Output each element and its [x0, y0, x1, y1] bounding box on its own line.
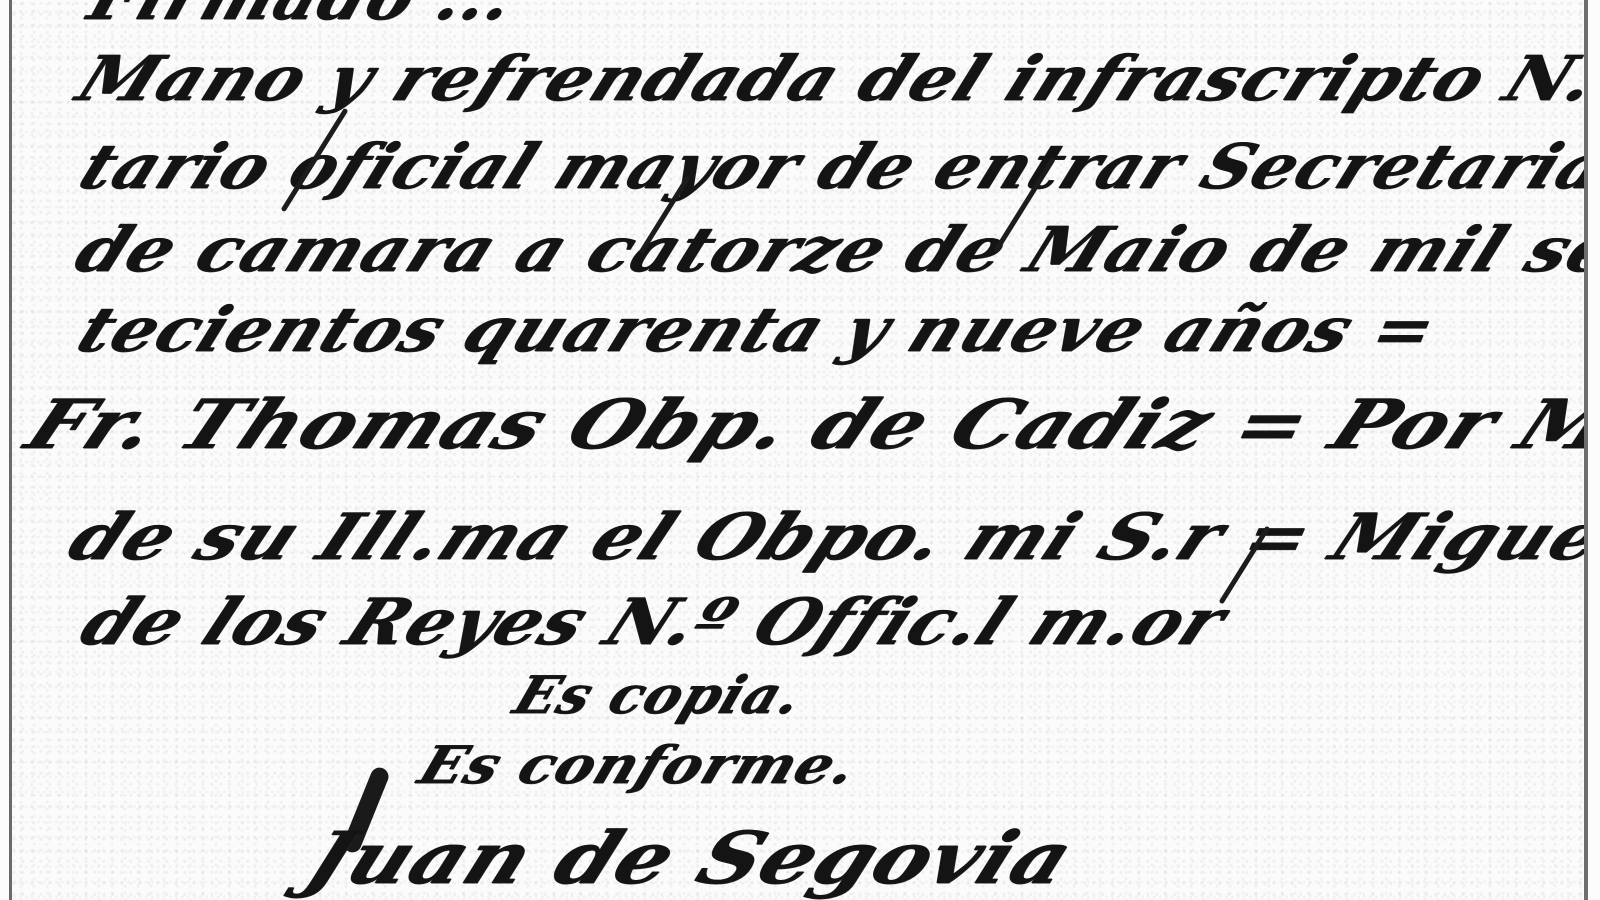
copy-attestation: Es copia. [506, 665, 812, 726]
manuscript-line: de su Ill.ma el Obpo. mi S.r = Miguel [57, 500, 1584, 575]
frame-border-right [1584, 0, 1588, 900]
manuscript-paper: Firmado ... Mano y refrendada del infras… [12, 0, 1584, 900]
conformity-attestation: Es conforme. [411, 735, 866, 796]
manuscript-line: Mano y refrendada del infrascripto N. [67, 42, 1584, 115]
manuscript-line-cutoff: Firmado ... [80, 0, 525, 35]
manuscript-line: de los Reyes N.º Offic.l m.or [69, 585, 1238, 660]
scanned-page: Firmado ... Mano y refrendada del infras… [0, 0, 1600, 900]
manuscript-line: de camara a catorze de Maio de mil se [65, 213, 1584, 286]
signature: Juan de Segovia [295, 815, 1087, 900]
manuscript-line: Fr. Thomas Obp. de Cadiz = Por Mand.º [14, 385, 1584, 465]
manuscript-line: tecientos quarenta y nueve años = [67, 293, 1448, 366]
